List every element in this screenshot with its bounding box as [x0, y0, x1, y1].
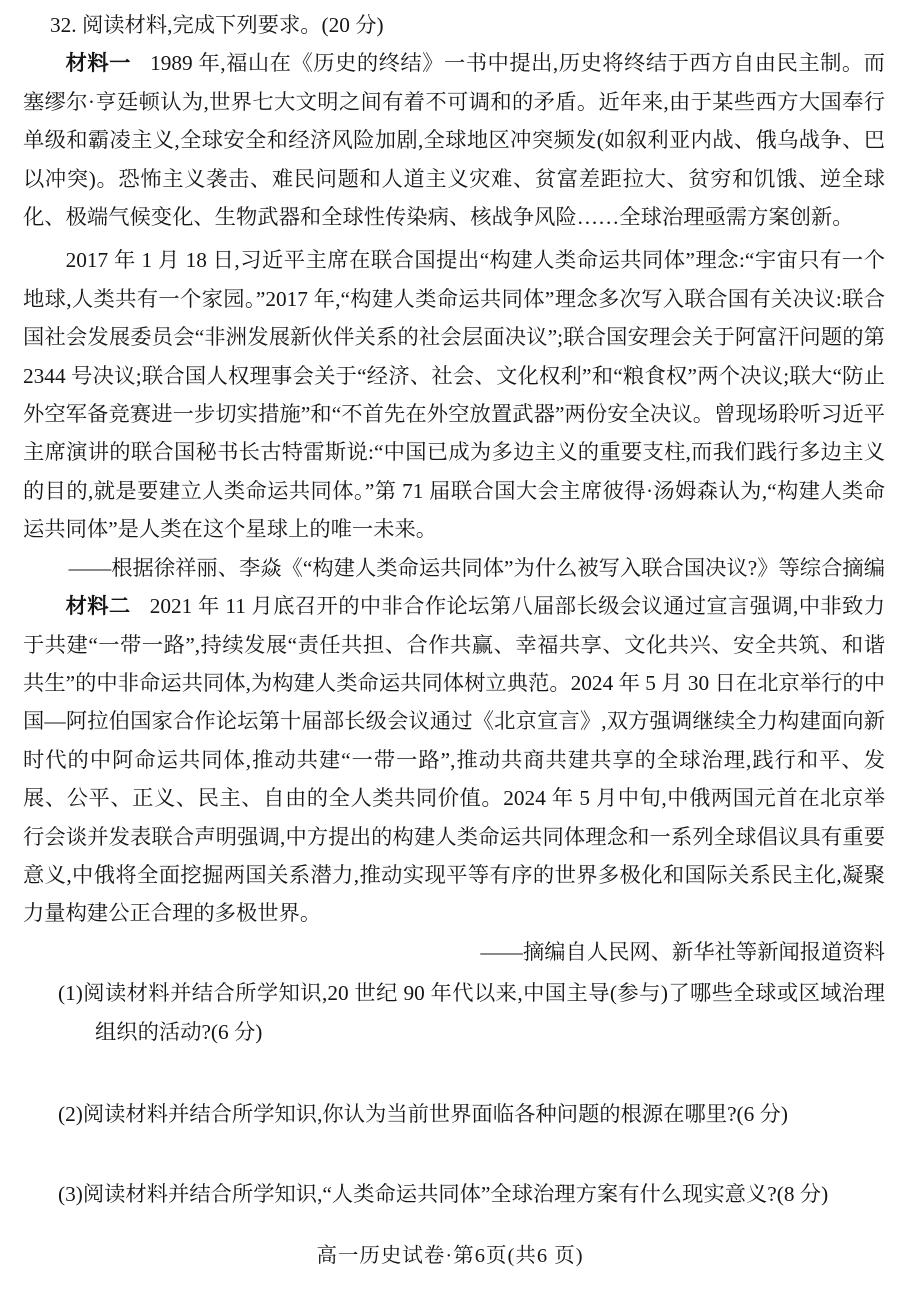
- material2-p1-text: 2021 年 11 月底召开的中非合作论坛第八届部长级会议通过宣言强调,中非致力…: [23, 594, 885, 925]
- exam-page: 32. 阅读材料,完成下列要求。(20 分) 材料一1989 年,福山在《历史的…: [0, 0, 900, 1214]
- sub-question-1: (1)阅读材料并结合所学知识,20 世纪 90 年代以来,中国主导(参与)了哪些…: [23, 974, 885, 1051]
- material2-paragraph-1: 材料二2021 年 11 月底召开的中非合作论坛第八届部长级会议通过宣言强调,中…: [23, 587, 885, 933]
- material2-label: 材料二: [66, 594, 131, 618]
- question-header: 32. 阅读材料,完成下列要求。(20 分): [23, 6, 885, 44]
- material1-label: 材料一: [66, 51, 131, 75]
- material1-p1-text: 1989 年,福山在《历史的终结》一书中提出,历史将终结于西方自由民主制。而塞缪…: [23, 51, 885, 229]
- material1-paragraph-1: 材料一1989 年,福山在《历史的终结》一书中提出,历史将终结于西方自由民主制。…: [23, 44, 885, 236]
- material1-paragraph-2: 2017 年 1 月 18 日,习近平主席在联合国提出“构建人类命运共同体”理念…: [23, 241, 885, 548]
- material1-source-attribution: ——根据徐祥丽、李焱《“构建人类命运共同体”为什么被写入联合国决议?》等综合摘编: [23, 549, 885, 587]
- material2-source-attribution: ——摘编自人民网、新华社等新闻报道资料: [23, 933, 885, 971]
- sub-question-3: (3)阅读材料并结合所学知识,“人类命运共同体”全球治理方案有什么现实意义?(8…: [23, 1175, 885, 1213]
- page-footer: 高一历史试卷·第6页(共6 页): [0, 1238, 900, 1268]
- sub-question-2: (2)阅读材料并结合所学知识,你认为当前世界面临各种问题的根源在哪里?(6 分): [23, 1095, 885, 1133]
